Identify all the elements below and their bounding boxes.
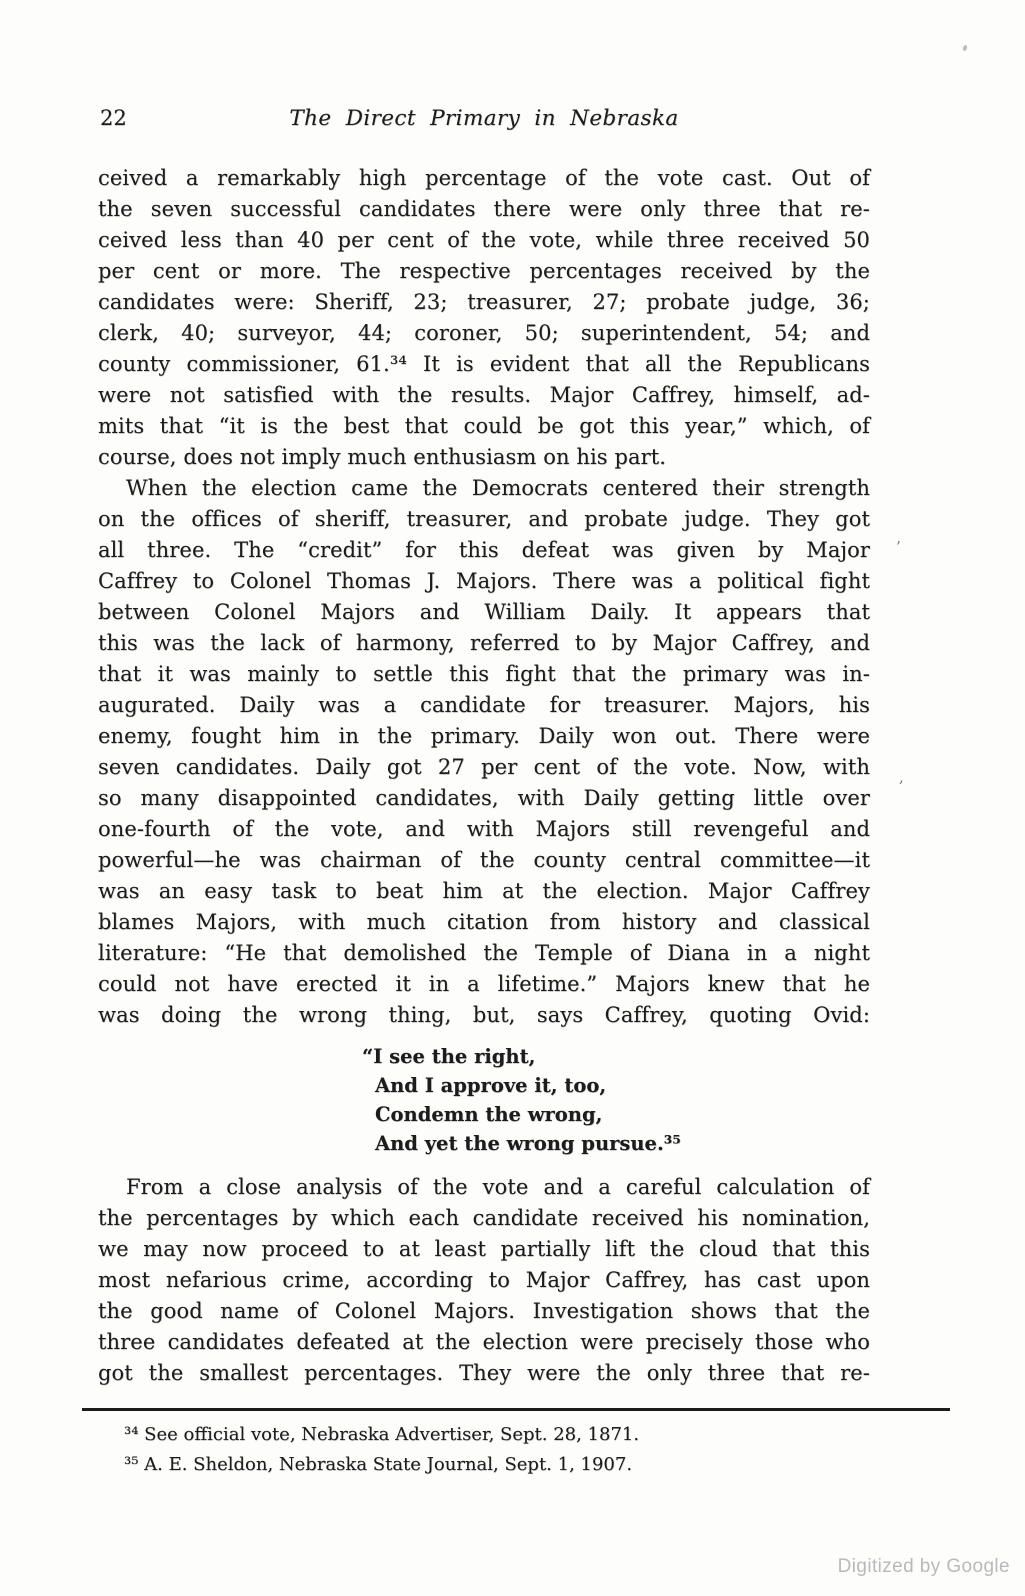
text-line: was an easy task to beat him at the elec… bbox=[98, 876, 870, 907]
scan-speck bbox=[962, 44, 968, 51]
text-line: this was the lack of harmony, referred t… bbox=[98, 628, 870, 659]
footnote-line: ³⁵ A. E. Sheldon, Nebraska State Journal… bbox=[98, 1450, 870, 1480]
text-line: mits that “it is the best that could be … bbox=[98, 411, 870, 442]
text-line: powerful—he was chairman of the county c… bbox=[98, 845, 870, 876]
text-line: got the smallest percentages. They were … bbox=[98, 1358, 870, 1389]
body-text: ceived a remarkably high percentage of t… bbox=[98, 163, 870, 1389]
text-line: per cent or more. The respective percent… bbox=[98, 256, 870, 287]
text-line: that it was mainly to settle this fight … bbox=[98, 659, 870, 690]
text-line: clerk, 40; surveyor, 44; coroner, 50; su… bbox=[98, 318, 870, 349]
page-content: 22 The Direct Primary in Nebraska ceived… bbox=[98, 103, 870, 1480]
text-line: could not have erected it in a lifetime.… bbox=[98, 969, 870, 1000]
text-line: were not satisfied with the results. Maj… bbox=[98, 380, 870, 411]
text-line: county commissioner, 61.³⁴ It is evident… bbox=[98, 349, 870, 380]
text-line: the percentages by which each candidate … bbox=[98, 1203, 870, 1234]
footnotes: ³⁴ See official vote, Nebraska Advertise… bbox=[98, 1420, 870, 1480]
page-header: 22 The Direct Primary in Nebraska bbox=[98, 103, 870, 134]
text-line: so many disappointed candidates, with Da… bbox=[98, 783, 870, 814]
text-line: seven candidates. Daily got 27 per cent … bbox=[98, 752, 870, 783]
text-line: ceived less than 40 per cent of the vote… bbox=[98, 225, 870, 256]
text-line: all three. The “credit” for this defeat … bbox=[98, 535, 870, 566]
text-line: From a close analysis of the vote and a … bbox=[98, 1172, 870, 1203]
verse-line: And I approve it, too, bbox=[375, 1071, 870, 1100]
verse-line: And yet the wrong pursue.³⁵ bbox=[375, 1129, 870, 1158]
text-line: the seven successful candidates there we… bbox=[98, 194, 870, 225]
text-line: literature: “He that demolished the Temp… bbox=[98, 938, 870, 969]
text-line: enemy, fought him in the primary. Daily … bbox=[98, 721, 870, 752]
verse-line: Condemn the wrong, bbox=[375, 1100, 870, 1129]
text-line: most nefarious crime, according to Major… bbox=[98, 1265, 870, 1296]
text-line: Caffrey to Colonel Thomas J. Majors. The… bbox=[98, 566, 870, 597]
text-line: When the election came the Democrats cen… bbox=[98, 473, 870, 504]
text-line: blames Majors, with much citation from h… bbox=[98, 907, 870, 938]
text-line: course, does not imply much enthusiasm o… bbox=[98, 442, 870, 473]
paragraph-3: From a close analysis of the vote and a … bbox=[98, 1172, 870, 1389]
verse-quote: “I see the right,And I approve it, too,C… bbox=[98, 1042, 870, 1158]
text-line: candidates were: Sheriff, 23; treasurer,… bbox=[98, 287, 870, 318]
text-line: we may now proceed to at least partially… bbox=[98, 1234, 870, 1265]
footnote-divider bbox=[82, 1408, 950, 1411]
text-line: augurated. Daily was a candidate for tre… bbox=[98, 690, 870, 721]
footnote-line: ³⁴ See official vote, Nebraska Advertise… bbox=[98, 1420, 870, 1450]
paragraph-2: When the election came the Democrats cen… bbox=[98, 473, 870, 1031]
book-page: 22 The Direct Primary in Nebraska ceived… bbox=[0, 0, 1025, 1596]
text-line: the good name of Colonel Majors. Investi… bbox=[98, 1296, 870, 1327]
running-title: The Direct Primary in Nebraska bbox=[98, 103, 870, 134]
digitized-by-google-watermark: Digitized by Google bbox=[838, 1556, 1010, 1578]
text-line: ceived a remarkably high percentage of t… bbox=[98, 163, 870, 194]
verse-line: “I see the right, bbox=[375, 1042, 870, 1071]
scan-speck: ’ bbox=[896, 540, 901, 555]
text-line: on the offices of sheriff, treasurer, an… bbox=[98, 504, 870, 535]
text-line: one-fourth of the vote, and with Majors … bbox=[98, 814, 870, 845]
text-line: between Colonel Majors and William Daily… bbox=[98, 597, 870, 628]
scan-speck: , bbox=[899, 770, 904, 785]
paragraph-1: ceived a remarkably high percentage of t… bbox=[98, 163, 870, 473]
text-line: three candidates defeated at the electio… bbox=[98, 1327, 870, 1358]
page-number: 22 bbox=[100, 103, 127, 134]
text-line: was doing the wrong thing, but, says Caf… bbox=[98, 1000, 870, 1031]
